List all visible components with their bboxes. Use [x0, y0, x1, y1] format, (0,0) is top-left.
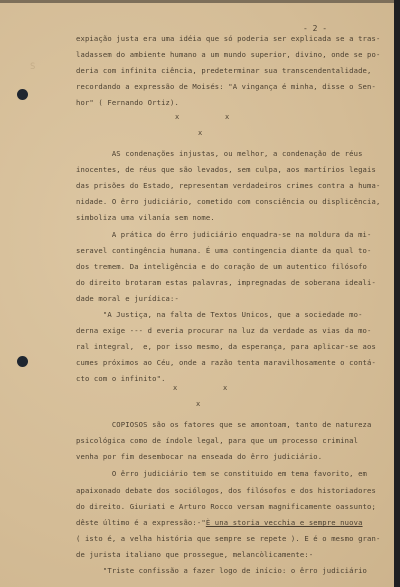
text-line: seravel contingência humana. É uma conti…: [76, 246, 372, 256]
text-line-lead: dêste último é a expressão:-": [76, 518, 206, 527]
page-number: - 2 -: [303, 24, 327, 33]
text-line: apaixonado debate dos sociólogos, dos fi…: [76, 486, 376, 496]
text-line: do direito brotaram estas palavras, impr…: [76, 278, 376, 288]
separator-mark: x: [175, 113, 179, 121]
text-line: venha por fim desembocar na enseada do ê…: [76, 452, 322, 462]
separator-mark: x: [225, 113, 229, 121]
scan-background-edge: [394, 0, 400, 587]
separator-mark: x: [223, 384, 227, 392]
text-line: hor" ( Fernando Ortiz).: [76, 98, 179, 108]
text-line: ( isto é, a velha história que sempre se…: [76, 534, 380, 544]
text-line: psicológica como de índole legal, para q…: [76, 436, 358, 446]
text-line: dos tremem. Da inteligência e do coração…: [76, 262, 367, 272]
text-line: A prática do êrro judiciário enquadra-se…: [76, 230, 372, 240]
text-line: "A Justiça, na falta de Textos Unicos, q…: [76, 310, 363, 320]
text-line: cumes próximos ao Céu, onde a razão tent…: [76, 358, 376, 368]
separator-mark: x: [196, 400, 200, 408]
text-line: nidade. O êrro judiciário, cometido com …: [76, 197, 380, 207]
text-line: dêste último é a expressão:-"È una stori…: [76, 518, 363, 528]
underlined-quote: È una storia vecchia e sempre nuova: [206, 518, 363, 527]
separator-mark: x: [198, 129, 202, 137]
text-line: inocentes, de réus que são levados, sem …: [76, 165, 376, 175]
text-line: dade moral e jurídica:-: [76, 294, 179, 304]
text-line: AS condenações injustas, ou melhor, a co…: [76, 149, 363, 159]
text-line: ladassem do ambiente humano a um mundo s…: [76, 50, 380, 60]
text-line: COPIOSOS são os fatores que se amontoam,…: [76, 420, 372, 430]
text-line: recordando a expressão de Moisés: "A vin…: [76, 82, 376, 92]
separator-mark: x: [173, 384, 177, 392]
margin-mark: S: [30, 62, 35, 72]
text-line: cto com o infinito".: [76, 374, 166, 384]
punch-hole-icon: [17, 89, 28, 100]
text-line: de jurista italiano que prossegue, melan…: [76, 550, 313, 560]
punch-hole-icon: [17, 356, 28, 367]
text-line: "Triste confissão a fazer logo de início…: [76, 566, 367, 576]
text-line: expiação justa era uma idéia que só pode…: [76, 34, 380, 44]
text-line: das prisões do Estado, representam verda…: [76, 181, 380, 191]
page-top-border: [0, 0, 394, 3]
text-line: derna exige --- d everia procurar na luz…: [76, 326, 372, 336]
text-line: do direito. Giuriati e Arturo Rocco vers…: [76, 502, 376, 512]
text-line: O êrro judiciário tem se constituido em …: [76, 469, 367, 479]
text-line: simboliza uma vilanía sem nome.: [76, 213, 215, 223]
text-line: deria com infinita ciência, predetermina…: [76, 66, 372, 76]
document-page: S - 2 - expiação justa era uma idéia que…: [0, 0, 395, 587]
text-line: ral integral, e, por isso mesmo, da espe…: [76, 342, 376, 352]
